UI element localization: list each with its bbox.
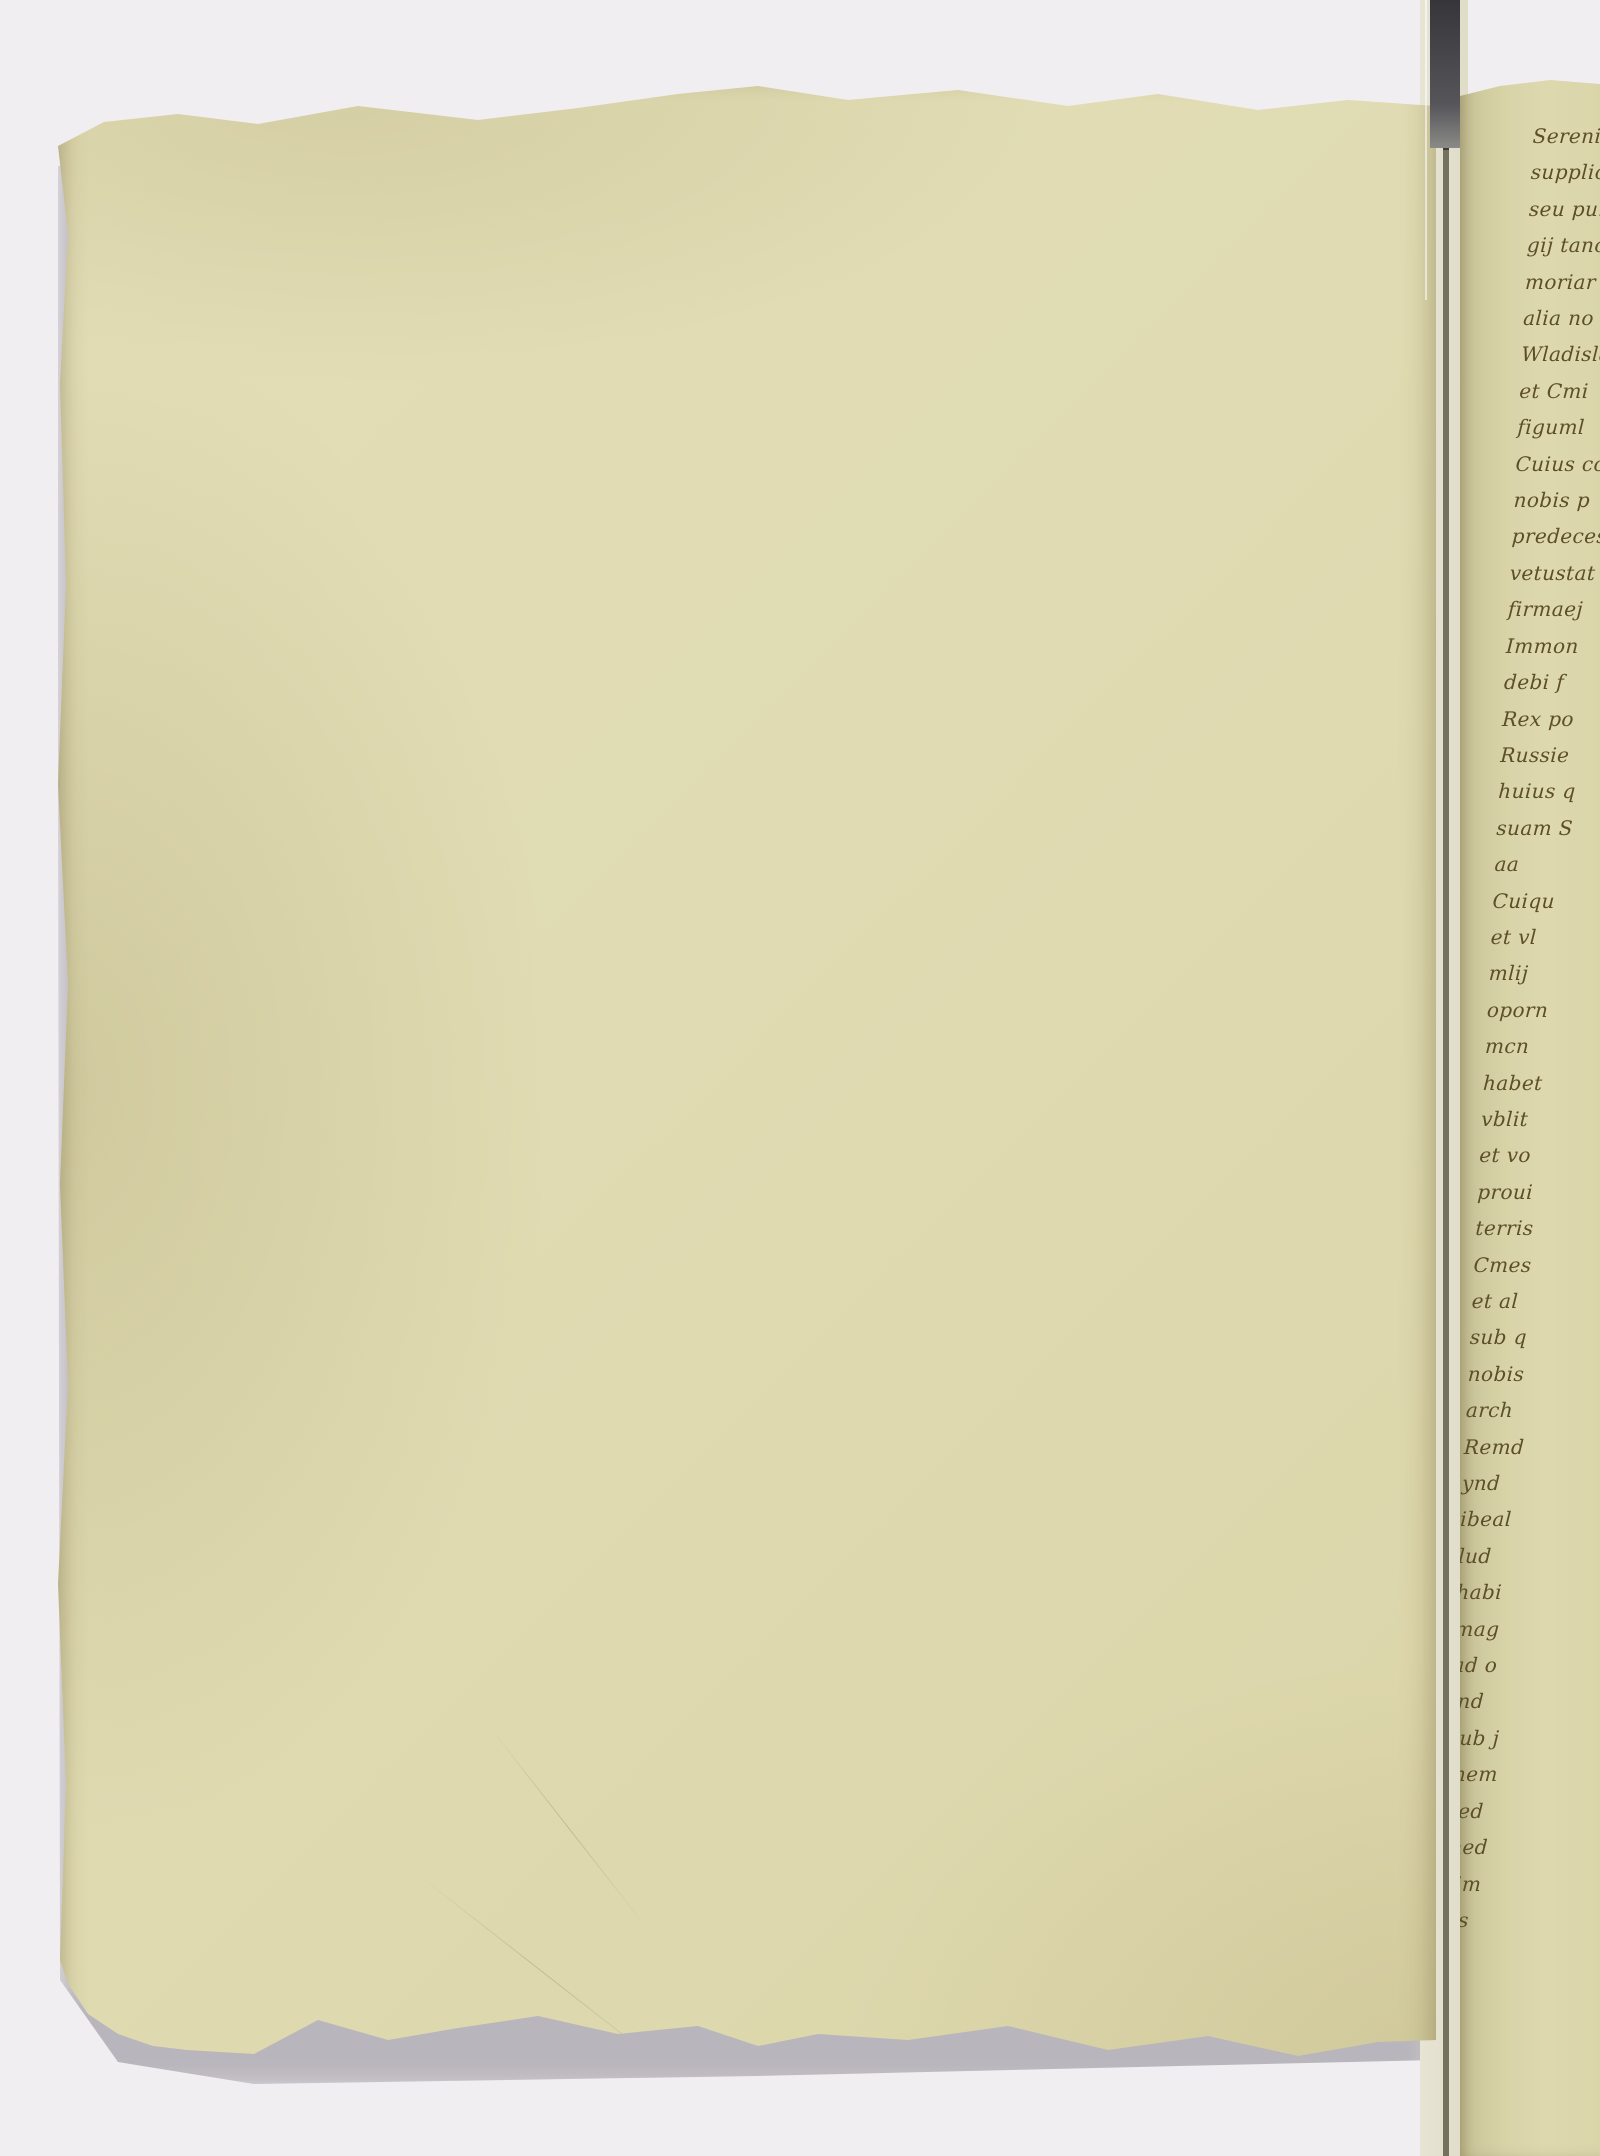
adjacent-text-fragment: supplican: [1530, 154, 1600, 190]
adjacent-text-fragment: vetustat: [1509, 555, 1600, 591]
adjacent-text-fragment: Cuius co: [1515, 446, 1600, 482]
adjacent-text-fragment: mem: [1446, 1756, 1552, 1792]
adjacent-text-fragment: proui: [1476, 1174, 1582, 1210]
adjacent-text-fragment: debi f: [1503, 664, 1600, 700]
adjacent-text-fragment: huius q: [1497, 773, 1600, 809]
adjacent-text-fragment: aa: [1494, 846, 1600, 882]
adjacent-text-fragment: Wladisla: [1520, 336, 1600, 372]
adjacent-page: Serenissisupplicanseu purchgij tancmoria…: [1460, 0, 1600, 2156]
adjacent-text-fragment: mcn: [1484, 1028, 1590, 1064]
manuscript-scan: 80 80. quod quadrati p ipm dorothed aut …: [0, 0, 1600, 2156]
adjacent-text-fragment: et vl: [1490, 919, 1596, 955]
adjacent-text-fragment: alia no: [1522, 300, 1600, 336]
adjacent-text-fragment: lud: [1457, 1538, 1563, 1574]
adjacent-text-fragment: et al: [1471, 1283, 1577, 1319]
adjacent-text-fragment: ynd: [1461, 1465, 1567, 1501]
binding-rod: [1443, 0, 1449, 2156]
adjacent-text-fragment: sub q: [1469, 1319, 1575, 1355]
adjacent-text-fragment: firmaej: [1507, 591, 1600, 627]
adjacent-text-fragment: sub j: [1448, 1720, 1554, 1756]
adjacent-text-fragment: et vo: [1478, 1137, 1584, 1173]
adjacent-text-fragment: ibeal: [1459, 1501, 1565, 1537]
manuscript-page: [58, 84, 1436, 2079]
adjacent-text-fragment: et Cmi: [1518, 373, 1600, 409]
paper-crease: [487, 1724, 648, 1929]
adjacent-text-fragment: seu purch: [1528, 191, 1600, 227]
adjacent-text-fragment: habi: [1455, 1574, 1561, 1610]
adjacent-text-fragment: terris: [1475, 1210, 1581, 1246]
adjacent-text-fragment: figuml: [1517, 409, 1600, 445]
adjacent-text-fragment: gij tanc: [1526, 227, 1600, 263]
adjacent-text-fragment: Immon: [1505, 628, 1600, 664]
glass-edge-reflection: [1425, 0, 1427, 300]
adjacent-text-fragment: Remd: [1463, 1429, 1569, 1465]
adjacent-text-fragment: mag: [1454, 1611, 1560, 1647]
adjacent-text-fragment: Serenissi: [1532, 118, 1600, 154]
adjacent-text-fragment: arch: [1465, 1392, 1571, 1428]
adjacent-text-fragment: Russie: [1499, 737, 1600, 773]
adjacent-text-fragment: habet: [1482, 1065, 1588, 1101]
adjacent-text-fragment: suam S: [1496, 810, 1600, 846]
adjacent-text-fragment: mlij: [1488, 955, 1594, 991]
adjacent-text-column: Serenissisupplicanseu purchgij tancmoria…: [1438, 118, 1600, 1938]
adjacent-text-fragment: moriar: [1524, 264, 1600, 300]
adjacent-text-fragment: Cuiqu: [1492, 883, 1598, 919]
adjacent-text-fragment: oporn: [1486, 992, 1592, 1028]
adjacent-text-fragment: nobis: [1467, 1356, 1573, 1392]
adjacent-text-fragment: vblit: [1480, 1101, 1586, 1137]
binding-rod-cap: [1430, 0, 1460, 148]
adjacent-text-fragment: predeces: [1511, 518, 1600, 554]
adjacent-text-fragment: ad o: [1452, 1647, 1558, 1683]
adjacent-text-fragment: Cmes: [1473, 1247, 1579, 1283]
adjacent-text-fragment: Rex po: [1501, 701, 1600, 737]
adjacent-text-fragment: ind: [1450, 1683, 1556, 1719]
adjacent-text-fragment: nobis p: [1513, 482, 1600, 518]
